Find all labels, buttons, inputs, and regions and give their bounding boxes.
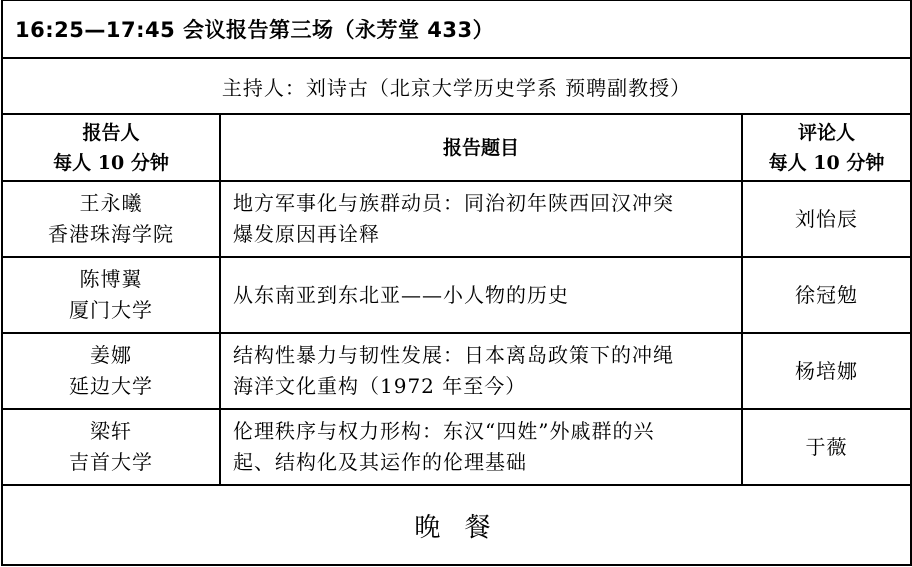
topic-line: 伦理秩序与权力形构：东汉“四姓”外戚群的兴 [233, 416, 733, 447]
speaker-name: 陈博翼 [3, 264, 219, 295]
session-schedule-table: 16:25—17:45 会议报告第三场（永芳堂 433） 主持人：刘诗古（北京大… [1, 0, 912, 566]
topic-cell: 地方军事化与族群动员：同治初年陕西回汉冲突 爆发原因再诠释 [220, 181, 742, 257]
speaker-cell: 王永曦 香港珠海学院 [2, 181, 220, 257]
commentator-cell: 杨培娜 [742, 333, 911, 409]
speaker-name: 姜娜 [3, 340, 219, 371]
header-speaker-time: 每人 10 分钟 [3, 148, 219, 178]
topic-line: 起、结构化及其运作的伦理基础 [233, 447, 733, 478]
speaker-cell: 姜娜 延边大学 [2, 333, 220, 409]
table-row: 姜娜 延边大学 结构性暴力与韧性发展：日本离岛政策下的冲绳 海洋文化重构（197… [2, 333, 911, 409]
topic-line: 海洋文化重构（1972 年至今） [233, 371, 733, 402]
topic-cell: 结构性暴力与韧性发展：日本离岛政策下的冲绳 海洋文化重构（1972 年至今） [220, 333, 742, 409]
host-row: 主持人：刘诗古（北京大学历史学系 预聘副教授） [2, 58, 911, 114]
speaker-affiliation: 香港珠海学院 [3, 219, 219, 250]
topic-cell: 从东南亚到东北亚——小人物的历史 [220, 257, 742, 333]
commentator-cell: 于薇 [742, 409, 911, 485]
dinner-row: 晚 餐 [2, 485, 911, 565]
header-row: 报告人 每人 10 分钟 报告题目 评论人 每人 10 分钟 [2, 114, 911, 181]
topic-line: 爆发原因再诠释 [233, 219, 733, 250]
session-title: 16:25—17:45 会议报告第三场（永芳堂 433） [2, 0, 911, 58]
header-commentator-time: 每人 10 分钟 [743, 148, 910, 178]
session-host: 主持人：刘诗古（北京大学历史学系 预聘副教授） [2, 58, 911, 114]
session-title-row: 16:25—17:45 会议报告第三场（永芳堂 433） [2, 0, 911, 58]
speaker-affiliation: 延边大学 [3, 371, 219, 402]
topic-cell: 伦理秩序与权力形构：东汉“四姓”外戚群的兴 起、结构化及其运作的伦理基础 [220, 409, 742, 485]
table-row: 梁轩 吉首大学 伦理秩序与权力形构：东汉“四姓”外戚群的兴 起、结构化及其运作的… [2, 409, 911, 485]
speaker-cell: 陈博翼 厦门大学 [2, 257, 220, 333]
header-commentator: 评论人 每人 10 分钟 [742, 114, 911, 181]
commentator-cell: 徐冠勉 [742, 257, 911, 333]
speaker-name: 梁轩 [3, 416, 219, 447]
topic-line: 结构性暴力与韧性发展：日本离岛政策下的冲绳 [233, 340, 733, 371]
table-row: 陈博翼 厦门大学 从东南亚到东北亚——小人物的历史 徐冠勉 [2, 257, 911, 333]
header-commentator-label: 评论人 [743, 118, 910, 148]
header-speaker: 报告人 每人 10 分钟 [2, 114, 220, 181]
speaker-cell: 梁轩 吉首大学 [2, 409, 220, 485]
header-topic: 报告题目 [220, 114, 742, 181]
speaker-affiliation: 厦门大学 [3, 295, 219, 326]
topic-line: 从东南亚到东北亚——小人物的历史 [233, 280, 733, 311]
dinner-label: 晚 餐 [2, 485, 911, 565]
table-row: 王永曦 香港珠海学院 地方军事化与族群动员：同治初年陕西回汉冲突 爆发原因再诠释… [2, 181, 911, 257]
topic-line: 地方军事化与族群动员：同治初年陕西回汉冲突 [233, 188, 733, 219]
speaker-name: 王永曦 [3, 188, 219, 219]
commentator-cell: 刘怡辰 [742, 181, 911, 257]
header-speaker-label: 报告人 [3, 118, 219, 148]
speaker-affiliation: 吉首大学 [3, 447, 219, 478]
